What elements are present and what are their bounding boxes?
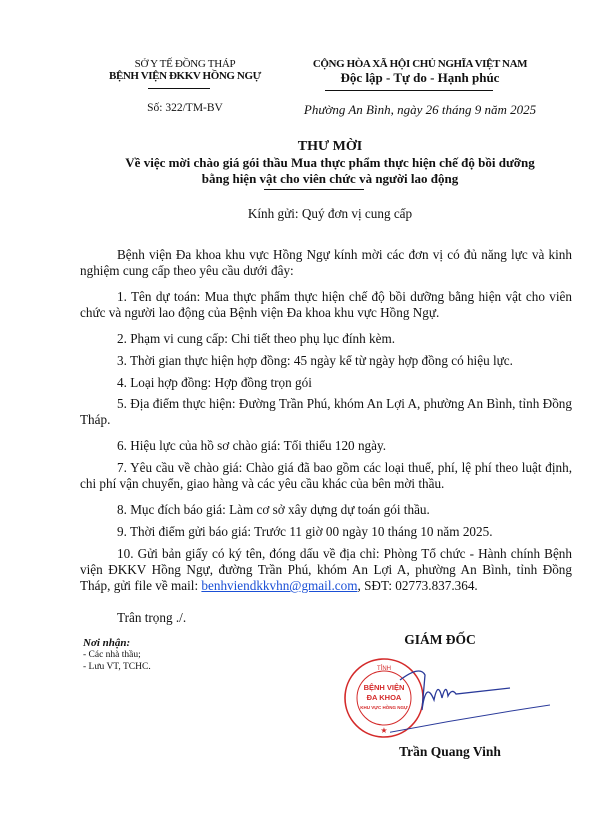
list-item: 4. Loại hợp đồng: Hợp đồng trọn gói <box>80 375 572 391</box>
header-right-divider <box>325 90 493 91</box>
recipient-item: - Các nhà thầu; <box>83 650 141 660</box>
svg-text:★: ★ <box>380 726 387 735</box>
department-name: SỞ Y TẾ ĐỒNG THÁP <box>85 58 285 70</box>
svg-text:TỈNH: TỈNH <box>377 665 391 672</box>
list-item: 9. Thời điểm gửi báo giá: Trước 11 giờ 0… <box>80 524 572 540</box>
place-date: Phường An Bình, ngày 26 tháng 9 năm 2025 <box>275 102 565 118</box>
nation-name: CỘNG HÒA XÃ HỘI CHỦ NGHĨA VIỆT NAM <box>275 58 565 70</box>
header-left-divider <box>148 88 210 89</box>
title-divider <box>264 189 364 190</box>
signer-name: Trần Quang Vinh <box>380 744 520 760</box>
document-number: Số: 322/TM-BV <box>85 102 285 114</box>
intro-paragraph: Bệnh viện Đa khoa khu vực Hồng Ngự kính … <box>80 247 572 279</box>
email-link[interactable]: benhviendkkvhn@gmail.com <box>201 578 357 593</box>
document-title: THƯ MỜI <box>80 139 580 155</box>
recipients-label: Nơi nhận: <box>83 637 130 649</box>
list-item: 2. Phạm vi cung cấp: Chi tiết theo phụ l… <box>80 331 572 347</box>
list-item: 3. Thời gian thực hiện hợp đồng: 45 ngày… <box>80 353 572 369</box>
list-item: 1. Tên dự toán: Mua thực phẩm thực hiện … <box>80 289 572 321</box>
signer-title: GIÁM ĐỐC <box>380 632 500 648</box>
recipient-item: - Lưu VT, TCHC. <box>83 662 151 672</box>
organization-name: BỆNH VIỆN ĐKKV HỒNG NGỰ <box>85 70 285 82</box>
list-item-10: 10. Gửi bản giấy có ký tên, đóng dấu về … <box>80 546 572 594</box>
national-motto: Độc lập - Tự do - Hạnh phúc <box>275 70 565 86</box>
subject-line-2: bằng hiện vật cho viên chức và người lao… <box>80 171 580 187</box>
subject-line-1: Về việc mời chào giá gói thầu Mua thực p… <box>80 155 580 171</box>
list-item: 5. Địa điểm thực hiện: Đường Trần Phú, k… <box>80 396 572 428</box>
closing: Trân trọng ./. <box>117 610 186 626</box>
list-item: 8. Mục đích báo giá: Làm cơ sở xây dựng … <box>80 502 572 518</box>
greeting: Kính gửi: Quý đơn vị cung cấp <box>80 206 580 222</box>
list-item: 7. Yêu cầu về chào giá: Chào giá đã bao … <box>80 460 572 492</box>
handwritten-signature-icon <box>390 660 550 740</box>
list-item: 6. Hiệu lực của hồ sơ chào giá: Tối thiể… <box>80 438 572 454</box>
